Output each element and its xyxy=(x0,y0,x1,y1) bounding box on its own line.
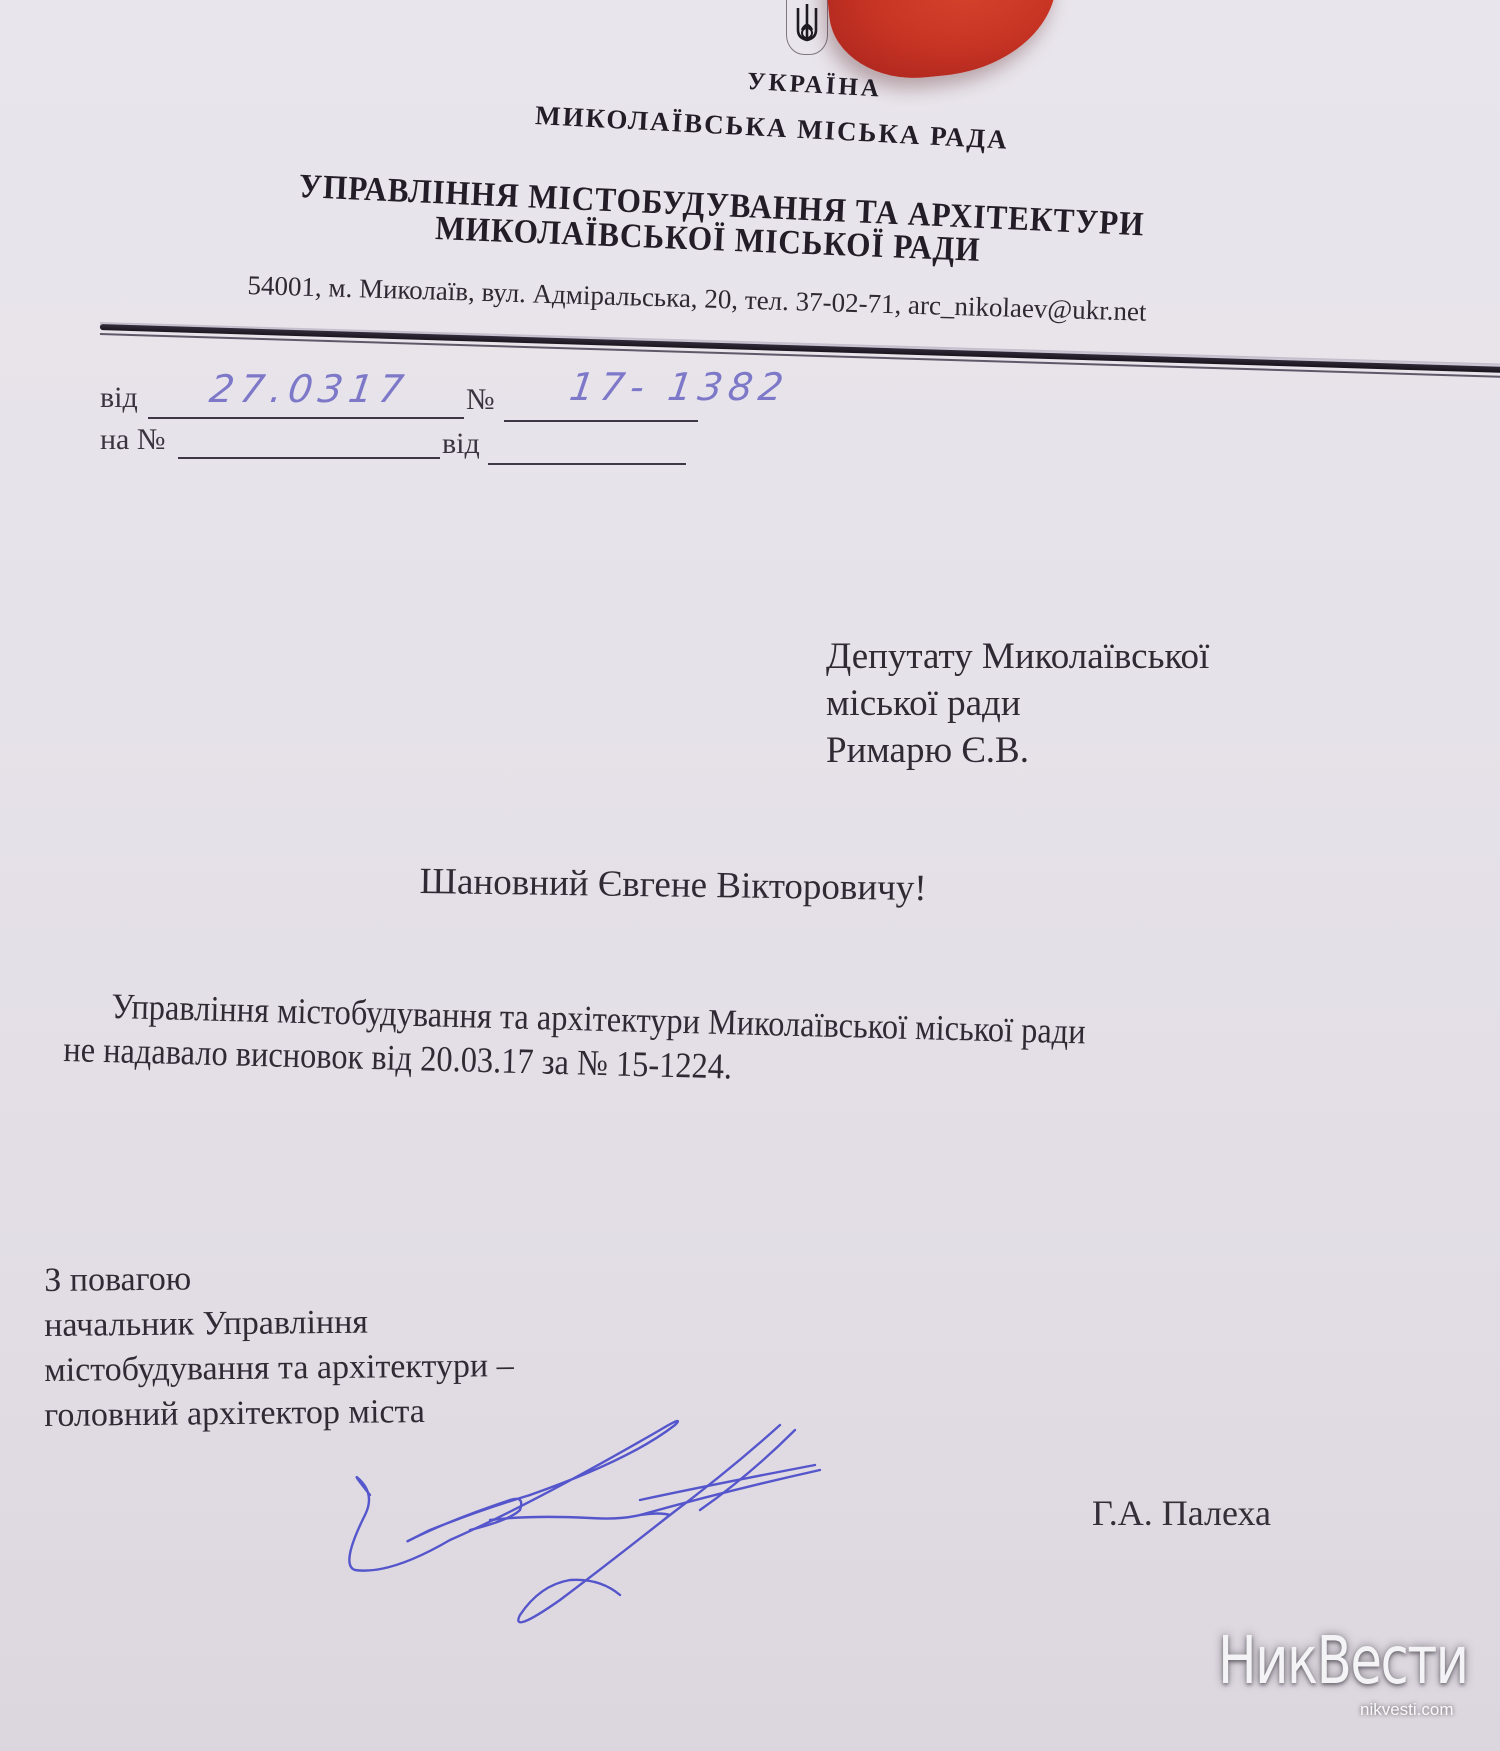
reply-to-number-label: на № xyxy=(100,423,166,457)
letter-paper: УКРАЇНА МИКОЛАЇВСЬКА МІСЬКА РАДА УПРАВЛІ… xyxy=(0,0,1500,1751)
letterhead-council: МИКОЛАЇВСЬКА МІСЬКА РАДА xyxy=(534,100,1009,156)
reply-from-date-line xyxy=(488,463,686,465)
nikvesti-logo: НикВести xyxy=(1218,1626,1436,1696)
letterhead-address: 54001, м. Миколаїв, вул. Адміральська, 2… xyxy=(247,270,1147,328)
nikvesti-url: nikvesti.com xyxy=(1360,1700,1454,1720)
reply-to-number-line xyxy=(178,457,440,459)
handwritten-signature-icon xyxy=(330,1400,890,1650)
nikvesti-watermark: НикВести nikvesti.com xyxy=(1218,1626,1498,1746)
addressee-line1: Депутату Миколаївської xyxy=(826,633,1209,680)
from-date-label: від xyxy=(100,381,138,415)
addressee-block: Депутату Миколаївської міської ради Рима… xyxy=(826,633,1209,774)
salutation: Шановний Євгене Вікторовичу! xyxy=(419,860,927,910)
closing-line2: начальник Управління xyxy=(44,1298,514,1348)
addressee-line2: міської ради xyxy=(826,680,1209,727)
from-date-line xyxy=(148,417,464,419)
signer-name: Г.А. Палеха xyxy=(1092,1492,1271,1534)
from-date-handwritten: 27.0317 xyxy=(207,367,412,411)
reply-from-date-label: від xyxy=(442,427,480,461)
number-handwritten: 17- 1382 xyxy=(567,365,792,409)
number-line xyxy=(504,420,698,422)
number-label: № xyxy=(466,383,495,417)
letterhead: УКРАЇНА МИКОЛАЇВСЬКА МІСЬКА РАДА УПРАВЛІ… xyxy=(0,0,1500,350)
letterhead-country: УКРАЇНА xyxy=(746,68,882,103)
closing-line1: З повагою xyxy=(44,1253,514,1303)
trident-emblem-icon xyxy=(786,0,828,55)
closing-line3: містобудування та архітектури – xyxy=(44,1343,514,1393)
addressee-line3: Римарю Є.В. xyxy=(826,727,1209,774)
